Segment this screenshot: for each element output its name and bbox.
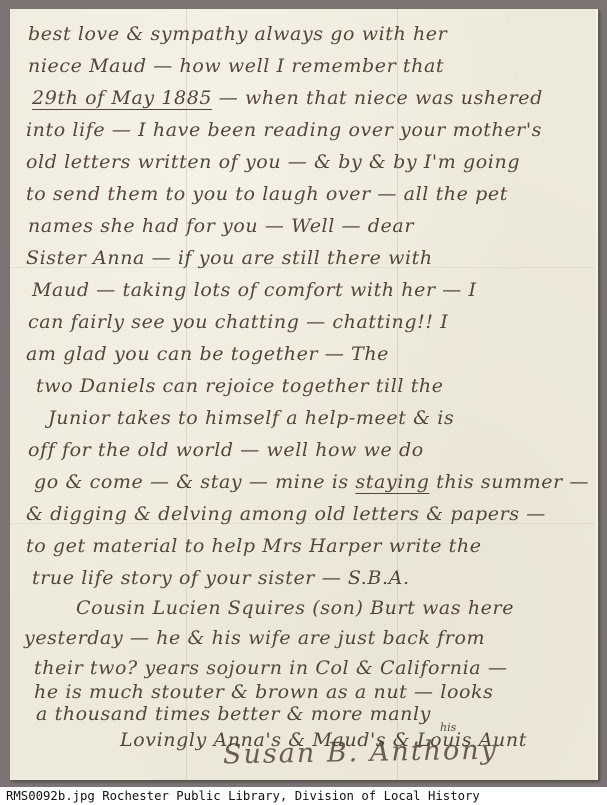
letter-line: Cousin Lucien Squires (son) Burt was her…: [76, 597, 514, 619]
letter-line: two Daniels can rejoice together till th…: [36, 375, 444, 397]
letter-line: & digging & delving among old letters & …: [26, 503, 546, 525]
letter-line: Junior takes to himself a help-meet & is: [48, 407, 454, 429]
letter-line: he is much stouter & brown as a nut — lo…: [34, 681, 494, 703]
letter-line: best love & sympathy always go with her: [28, 23, 447, 45]
letter-line: to send them to you to laugh over — all …: [26, 183, 508, 205]
letter-line: niece Maud — how well I remember that: [28, 55, 444, 77]
signature: Susan B. Anthony: [223, 735, 498, 771]
letter-line: names she had for you — Well — dear: [28, 215, 414, 237]
underlined-date: 29th of May 1885: [32, 87, 212, 109]
handwritten-letter-body: best love & sympathy always go with her …: [20, 9, 590, 780]
letter-line: a thousand times better & more manly: [36, 703, 431, 725]
letter-line: yesterday — he & his wife are just back …: [24, 627, 485, 649]
letter-line: true life story of your sister — S.B.A.: [32, 567, 410, 589]
interlinear-insertion: his: [440, 721, 456, 734]
letter-line: am glad you can be together — The: [26, 343, 389, 365]
letter-line: old letters written of you — & by & by I…: [26, 151, 520, 173]
letter-paper: best love & sympathy always go with her …: [10, 9, 598, 780]
image-caption: RMS0092b.jpg Rochester Public Library, D…: [6, 787, 480, 805]
scan-frame: best love & sympathy always go with her …: [0, 0, 607, 787]
letter-line: can fairly see you chatting — chatting!!…: [28, 311, 448, 333]
letter-line: to get material to help Mrs Harper write…: [26, 535, 482, 557]
letter-line: Maud — taking lots of comfort with her —…: [32, 279, 477, 301]
letter-line: go & come — & stay — mine is staying thi…: [34, 471, 589, 493]
letter-line: 29th of May 1885 — when that niece was u…: [32, 87, 543, 109]
underlined-word: staying: [355, 471, 429, 493]
letter-line: off for the old world — well how we do: [28, 439, 424, 461]
letter-line: their two? years sojourn in Col & Califo…: [34, 657, 507, 679]
letter-line: Sister Anna — if you are still there wit…: [26, 247, 433, 269]
letter-line: into life — I have been reading over you…: [26, 119, 542, 141]
